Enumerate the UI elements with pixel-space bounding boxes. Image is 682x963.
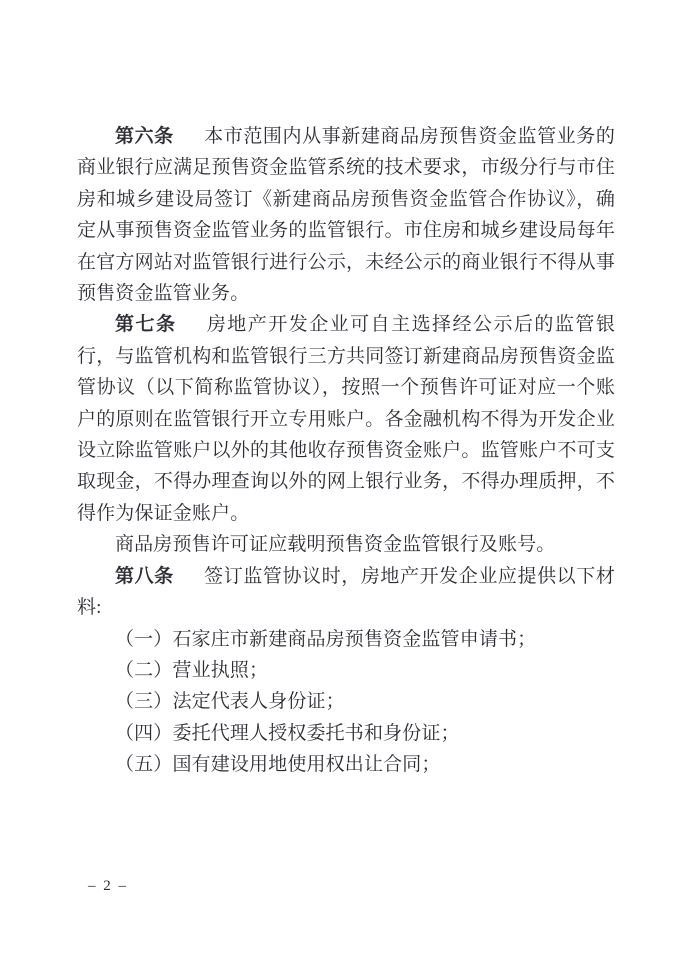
document-page: 第六条本市范围内从事新建商品房预售资金监管业务的商业银行应满足预售资金监管系统的… [0,0,682,963]
article-paragraph-6: 第六条本市范围内从事新建商品房预售资金监管业务的商业银行应满足预售资金监管系统的… [77,121,615,309]
article-number: 第六条 [115,126,174,147]
body-paragraph: 商品房预售许可证应载明预售资金监管银行及账号。 [77,529,615,560]
article-paragraph-7: 第七条房地产开发企业可自主选择经公示后的监管银行，与监管机构和监管银行三方共同签… [77,309,615,529]
document-body: 第六条本市范围内从事新建商品房预售资金监管业务的商业银行应满足预售资金监管系统的… [77,121,615,781]
article-text: 房地产开发企业可自主选择经公示后的监管银行，与监管机构和监管银行三方共同签订新建… [77,314,615,523]
list-item-2: （二）营业执照； [77,655,615,686]
article-text: 本市范围内从事新建商品房预售资金监管业务的商业银行应满足预售资金监管系统的技术要… [77,126,615,304]
list-item-3: （三）法定代表人身份证； [77,686,615,717]
list-item-4: （四）委托代理人授权委托书和身份证； [77,718,615,749]
article-text: 商品房预售许可证应载明预售资金监管银行及账号。 [115,534,555,555]
article-number: 第八条 [115,566,174,587]
article-paragraph-8: 第八条签订监管协议时，房地产开发企业应提供以下材料: [77,561,615,624]
list-item-1: （一）石家庄市新建商品房预售资金监管申请书； [77,624,615,655]
article-number: 第七条 [115,314,176,335]
page-number: – 2 – [88,878,128,895]
list-item-5: （五）国有建设用地使用权出让合同； [77,749,615,780]
